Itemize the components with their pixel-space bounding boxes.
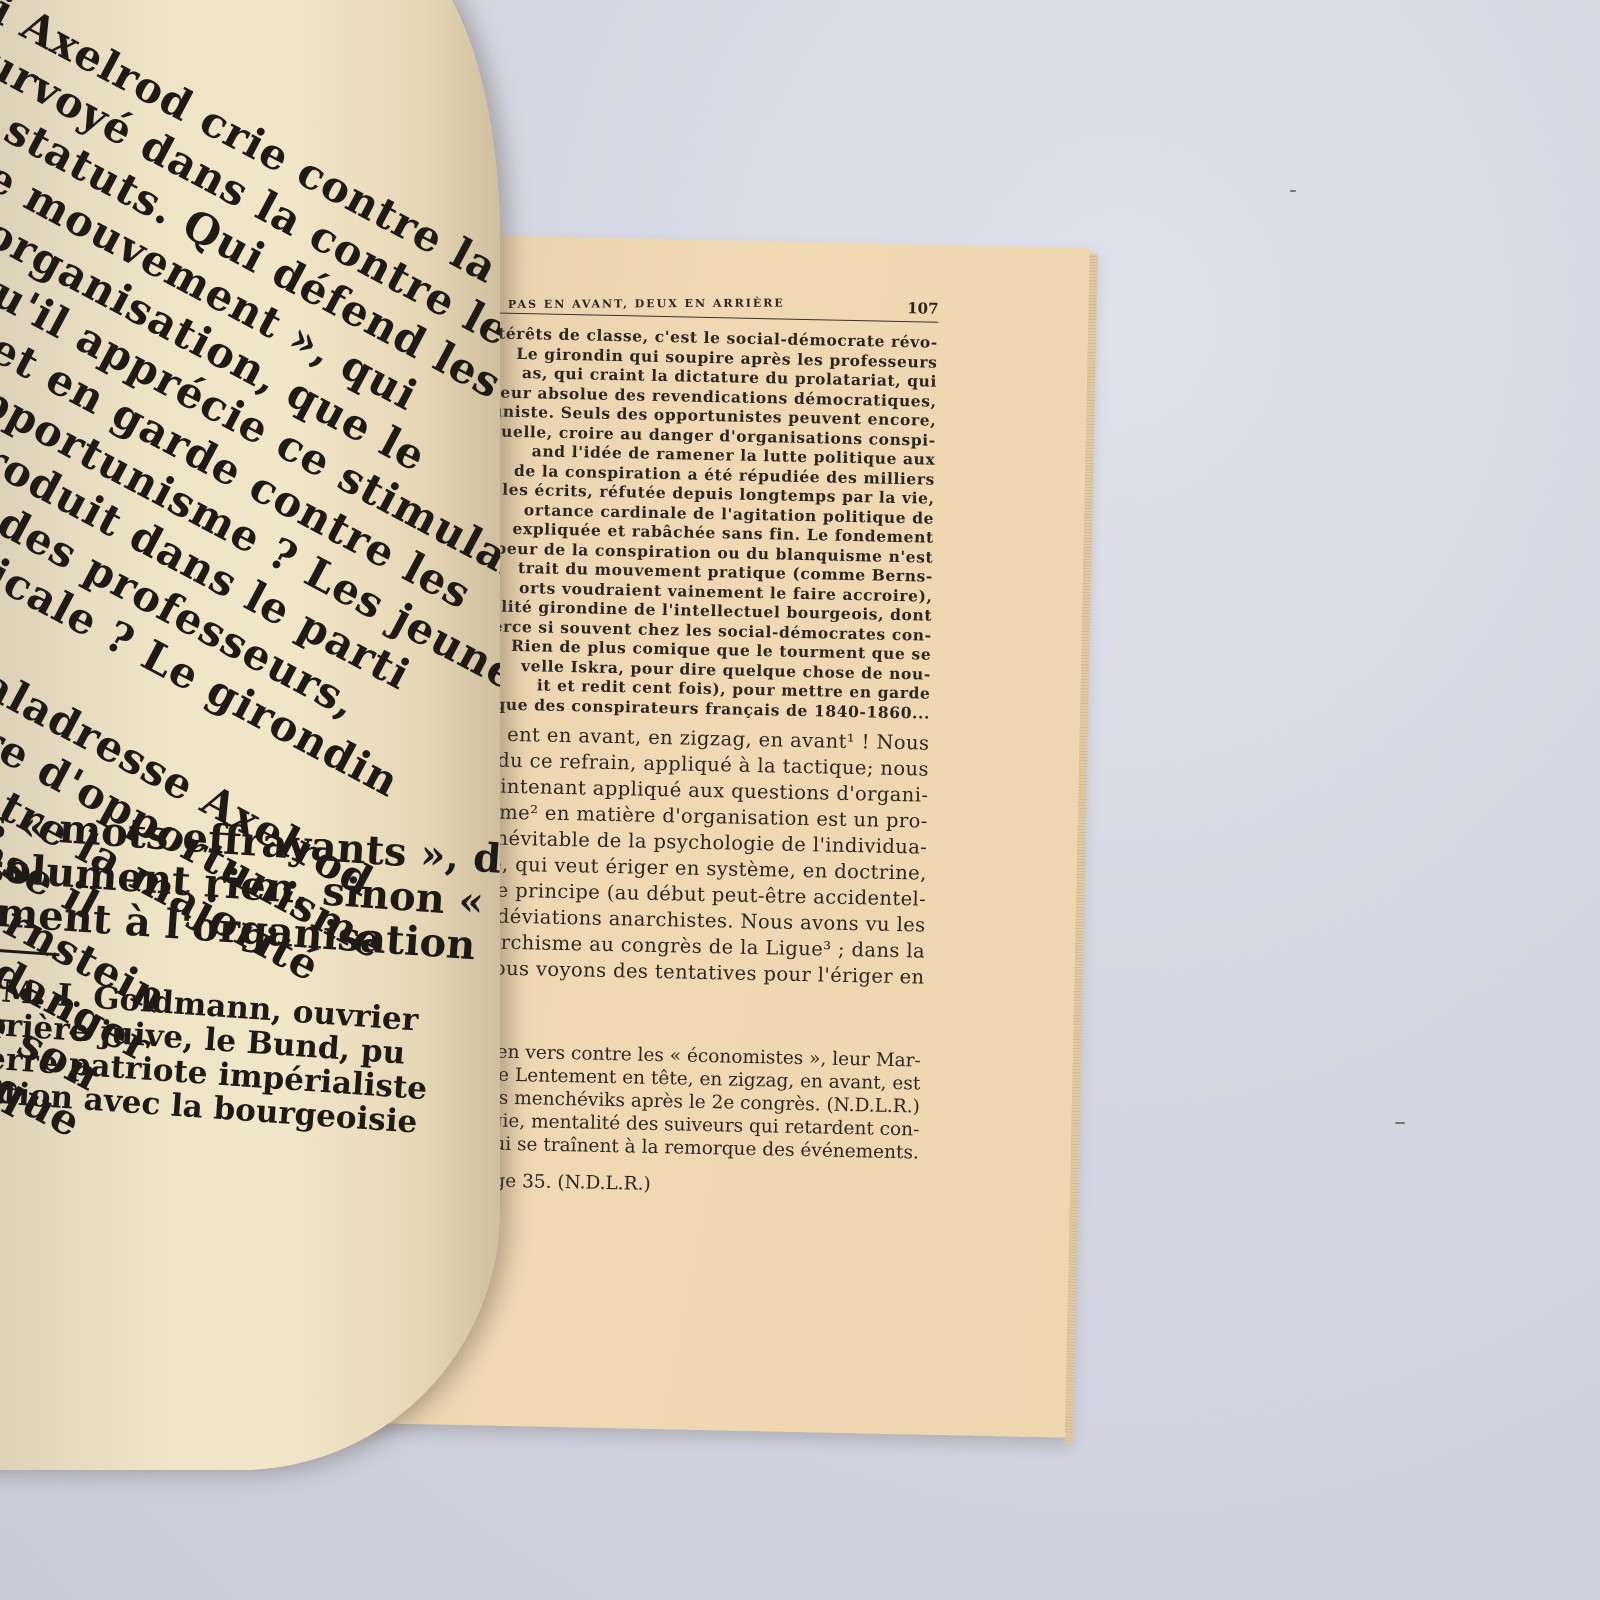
footnote-rule: [0, 946, 60, 957]
surface-speck: [1290, 190, 1296, 192]
page-number: 107: [907, 299, 939, 318]
running-header: UN PAS EN AVANT, DEUX EN ARRIÈRE 107: [478, 290, 938, 323]
page-body: intérêts de classe, c'est le social-démo…: [454, 323, 938, 991]
book-photo: UN PAS EN AVANT, DEUX EN ARRIÈRE 107 int…: [0, 0, 1600, 1600]
left-page-lower-text: es « mots effrayants », deosolument rien…: [0, 800, 500, 1179]
page-edge-stack: [1065, 254, 1098, 1444]
running-title: UN PAS EN AVANT, DEUX EN ARRIÈRE: [479, 297, 785, 312]
left-page-curled: Si Axelrod crie contre la compagniefourv…: [0, 0, 500, 1470]
surface-speck: [1395, 1122, 1405, 1124]
